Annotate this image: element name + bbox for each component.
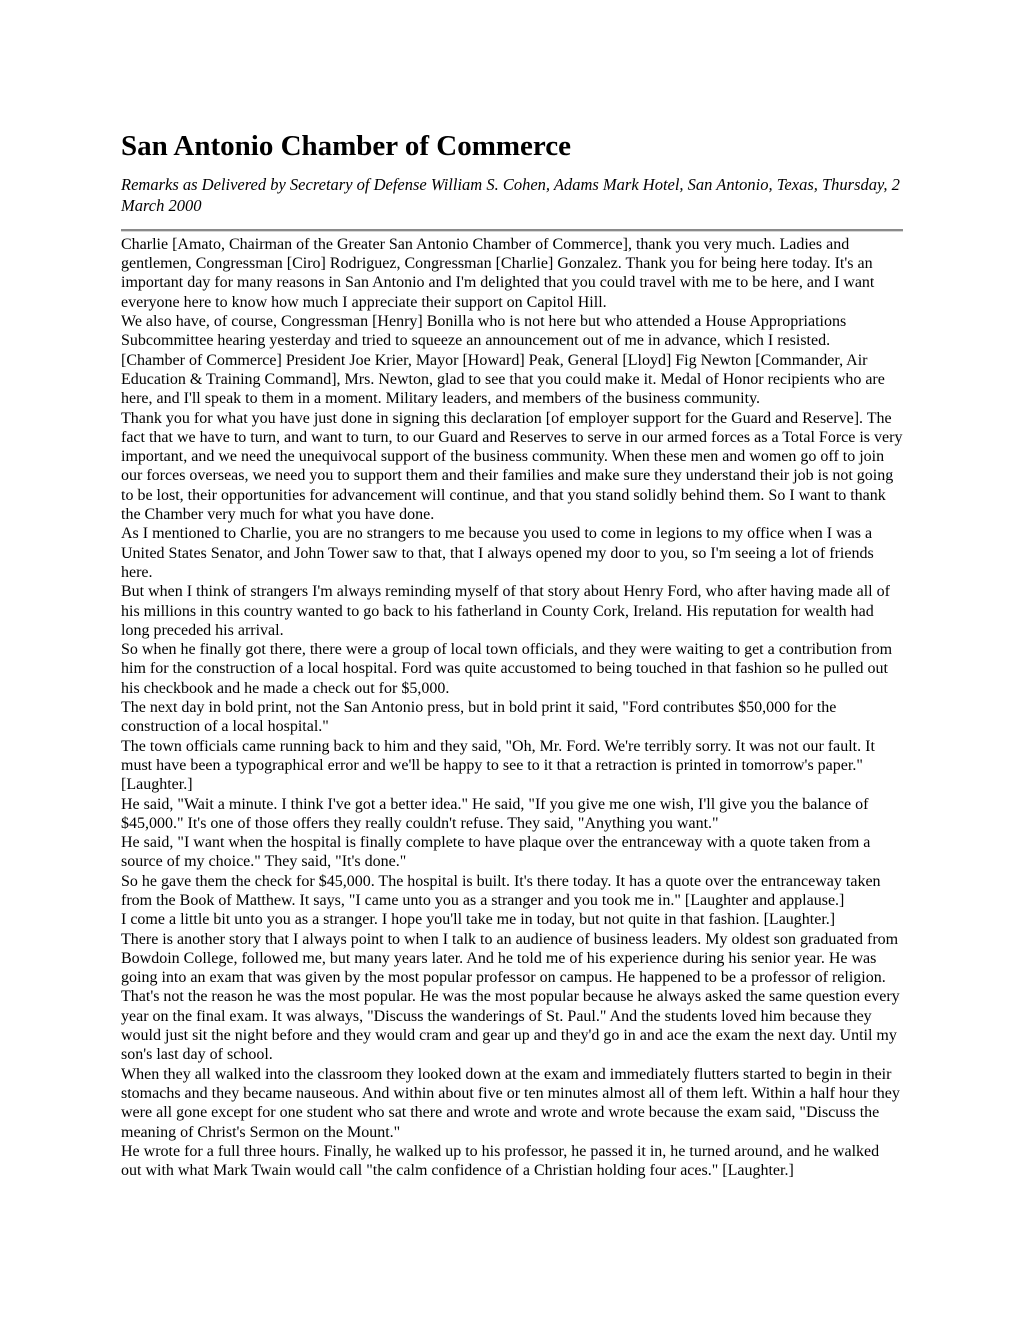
divider: [121, 229, 903, 232]
document-page: San Antonio Chamber of Commerce Remarks …: [0, 0, 1020, 1320]
paragraph: The next day in bold print, not the San …: [121, 698, 903, 737]
paragraph: As I mentioned to Charlie, you are no st…: [121, 524, 903, 582]
paragraph: We also have, of course, Congressman [He…: [121, 312, 903, 351]
paragraph: But when I think of strangers I'm always…: [121, 582, 903, 640]
paragraph: He said, "Wait a minute. I think I've go…: [121, 795, 903, 834]
paragraph: [Chamber of Commerce] President Joe Krie…: [121, 351, 903, 409]
paragraph: He said, "I want when the hospital is fi…: [121, 833, 903, 872]
paragraph: He wrote for a full three hours. Finally…: [121, 1142, 903, 1181]
paragraph: I come a little bit unto you as a strang…: [121, 910, 903, 929]
paragraph: Charlie [Amato, Chairman of the Greater …: [121, 235, 903, 312]
speech-body: Charlie [Amato, Chairman of the Greater …: [121, 235, 903, 1181]
subtitle: Remarks as Delivered by Secretary of Def…: [121, 174, 903, 216]
paragraph: Thank you for what you have just done in…: [121, 409, 903, 525]
paragraph: So he gave them the check for $45,000. T…: [121, 872, 903, 911]
paragraph: When they all walked into the classroom …: [121, 1065, 903, 1142]
paragraph: So when he finally got there, there were…: [121, 640, 903, 698]
paragraph: There is another story that I always poi…: [121, 930, 903, 1065]
page-title: San Antonio Chamber of Commerce: [121, 131, 903, 163]
paragraph: The town officials came running back to …: [121, 737, 903, 795]
